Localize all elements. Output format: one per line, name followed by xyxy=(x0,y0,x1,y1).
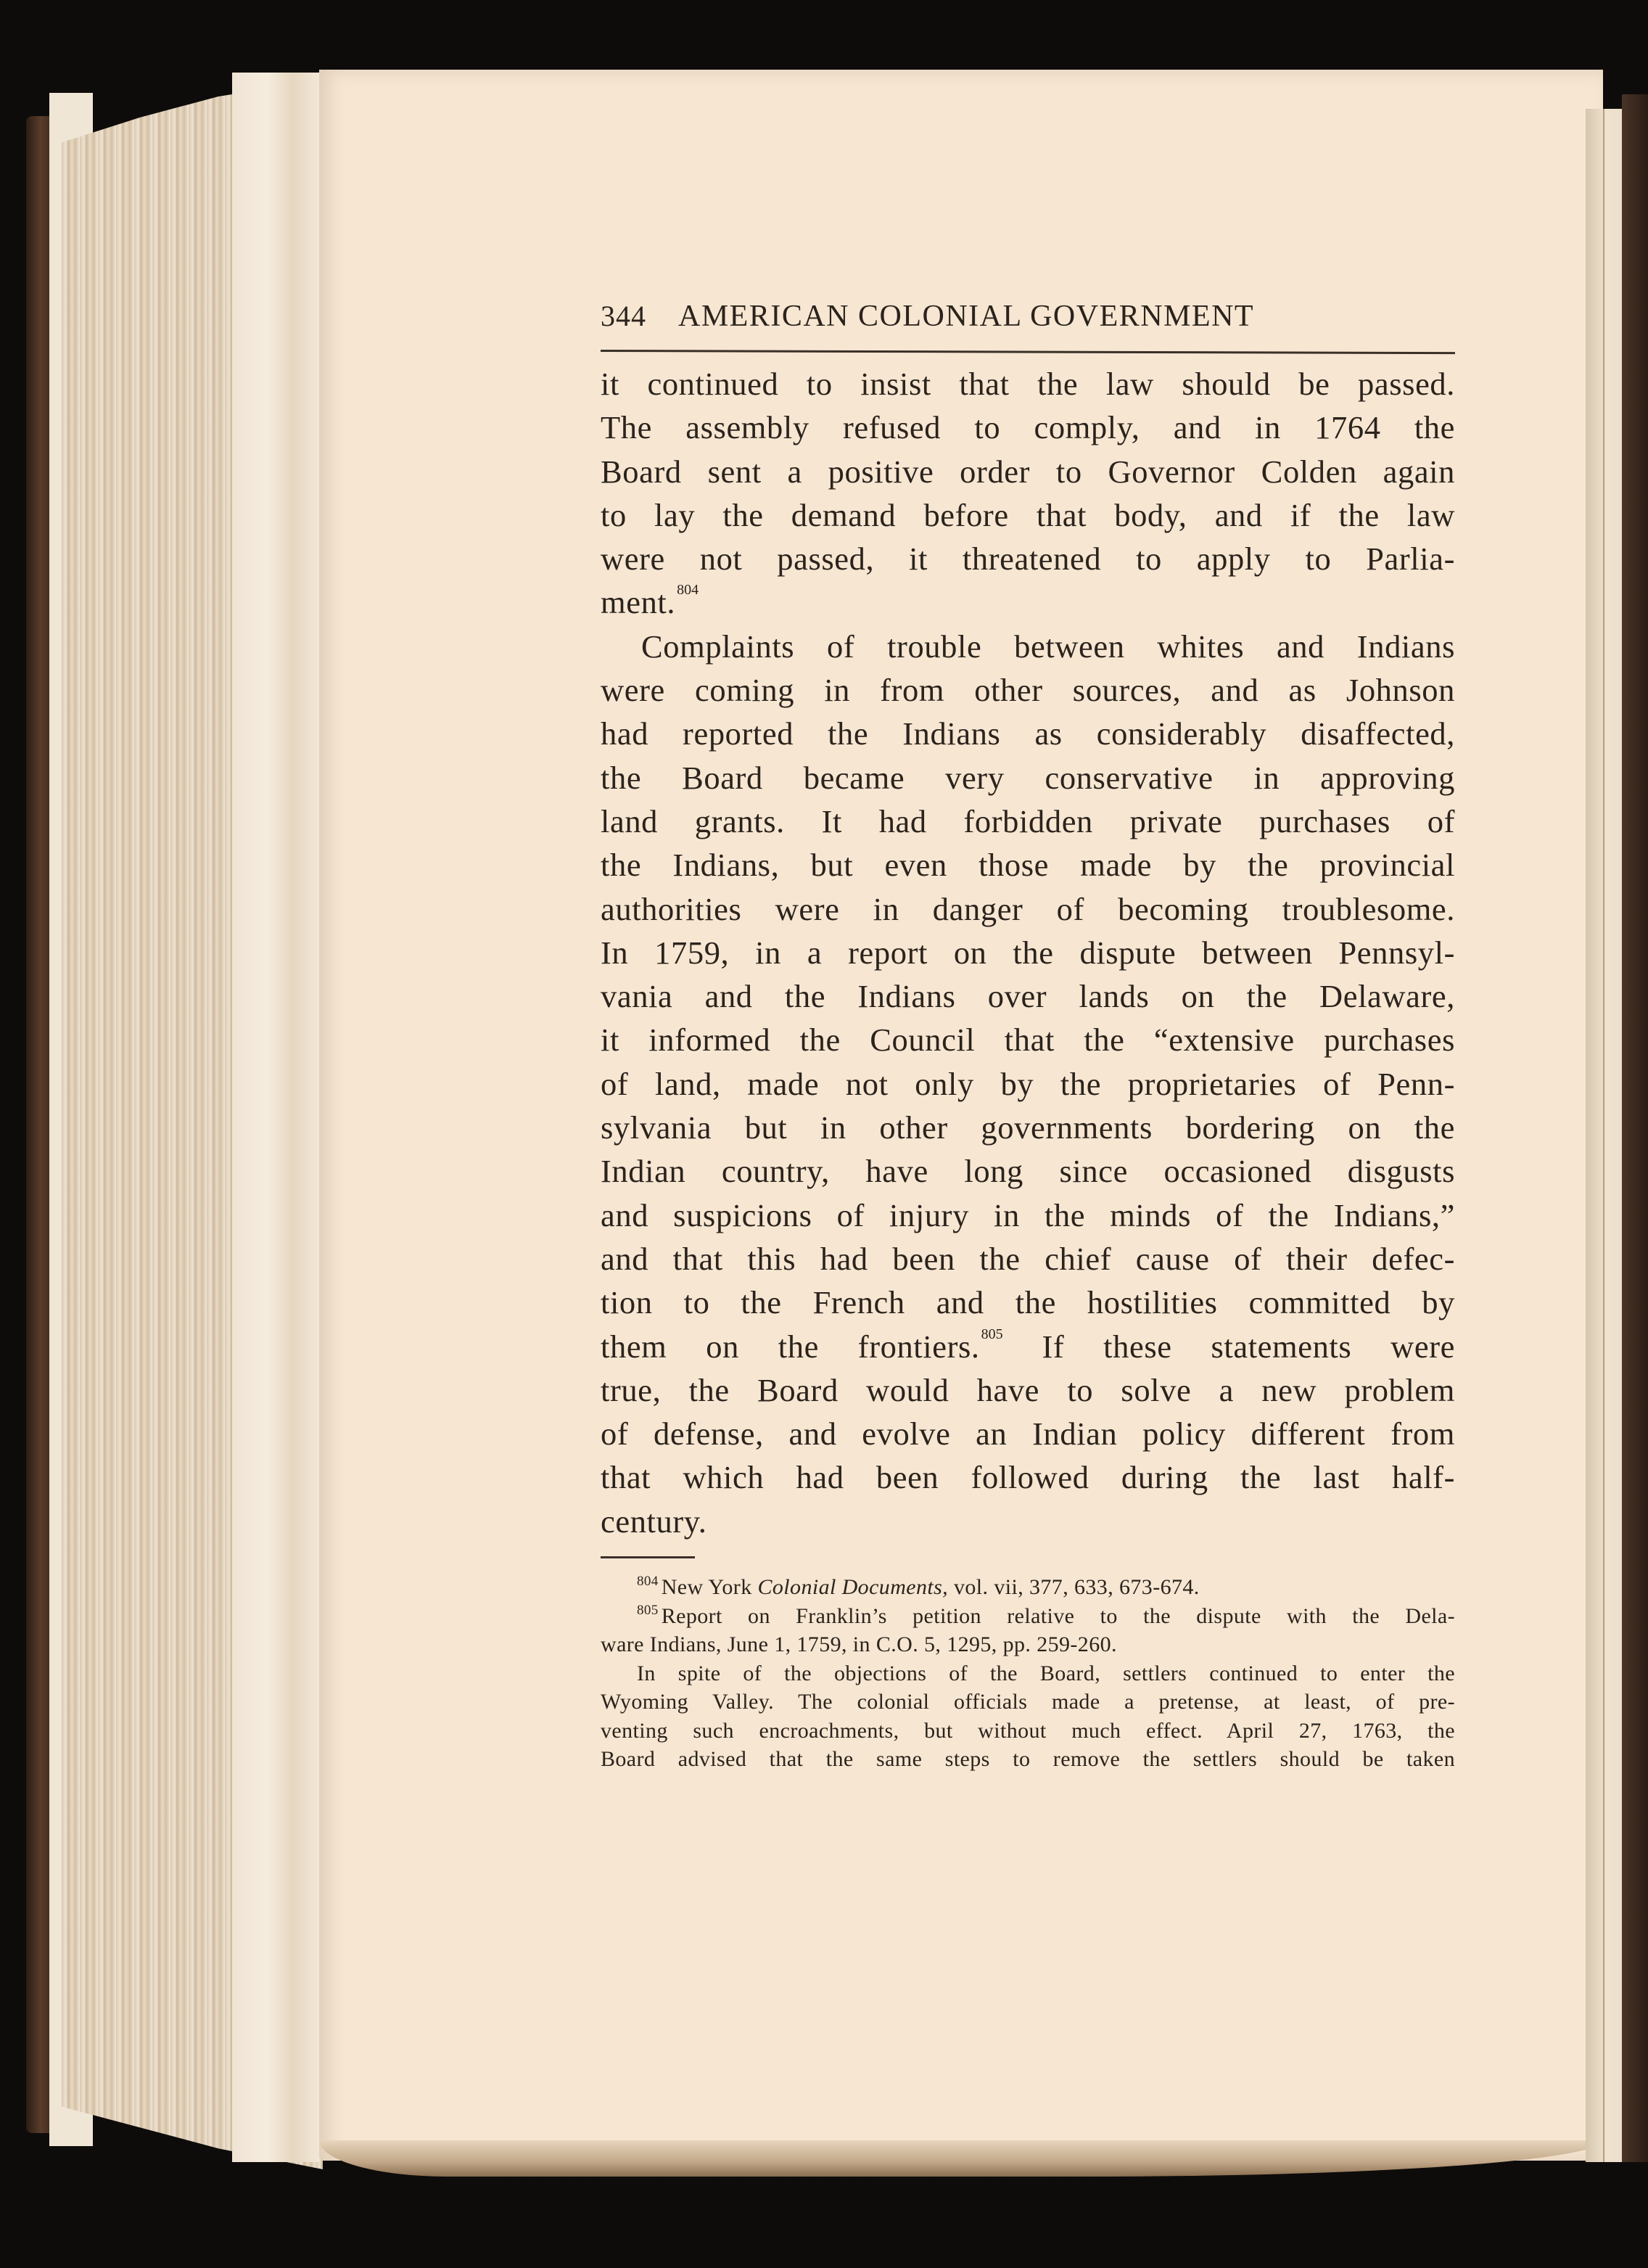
footnote-continuation: In spite of the objections of the Board,… xyxy=(601,1659,1455,1688)
text-line: sylvania but in other governments border… xyxy=(601,1106,1455,1149)
text-line-content: them on the frontiers. xyxy=(601,1328,980,1365)
text-line: In 1759, in a report on the dispute betw… xyxy=(601,931,1455,974)
paragraph-1: it continued to insist that the law shou… xyxy=(601,362,1455,625)
footnote-continuation: venting such encroachments, but without … xyxy=(601,1717,1455,1746)
footnote-italic-title: Colonial Documents, xyxy=(758,1575,949,1599)
footnotes: 804New York Colonial Documents, vol. vii… xyxy=(601,1573,1455,1774)
text-line: The assembly refused to comply, and in 1… xyxy=(601,406,1455,449)
footnote-804: 804New York Colonial Documents, vol. vii… xyxy=(601,1573,1455,1602)
footnote-continuation: Board advised that the same steps to rem… xyxy=(601,1745,1455,1774)
text-line: Indian country, have long since occasion… xyxy=(601,1149,1455,1193)
page-text-block: 344 AMERICAN COLONIAL GOVERNMENT it cont… xyxy=(601,299,1455,1774)
footnote-805-cont: ware Indians, June 1, 1759, in C.O. 5, 1… xyxy=(601,1630,1455,1659)
text-line: true, the Board would have to solve a ne… xyxy=(601,1368,1455,1412)
text-line: it continued to insist that the law shou… xyxy=(601,362,1455,406)
text-line: them on the frontiers.805 If these state… xyxy=(601,1325,1455,1368)
header-rule xyxy=(601,350,1455,354)
page-stack-front xyxy=(232,73,319,2162)
book-cover-right xyxy=(1622,94,1648,2162)
paragraph-2: Complaints of trouble between whites and… xyxy=(601,625,1455,1543)
text-line: to lay the demand before that body, and … xyxy=(601,493,1455,537)
text-line: Board sent a positive order to Governor … xyxy=(601,450,1455,493)
text-line: tion to the French and the hostilities c… xyxy=(601,1281,1455,1324)
text-line: authorities were in danger of becoming t… xyxy=(601,887,1455,931)
text-line-content: ment. xyxy=(601,584,675,620)
text-line: century. xyxy=(601,1500,1455,1543)
text-line: had reported the Indians as considerably… xyxy=(601,712,1455,755)
text-line: were coming in from other sources, and a… xyxy=(601,668,1455,712)
footnote-ref-805[interactable]: 805 xyxy=(981,1326,1003,1342)
running-head: 344 AMERICAN COLONIAL GOVERNMENT xyxy=(601,299,1455,337)
body-text: it continued to insist that the law shou… xyxy=(601,362,1455,1543)
text-line: land grants. It had forbidden private pu… xyxy=(601,800,1455,843)
text-line: vania and the Indians over lands on the … xyxy=(601,974,1455,1018)
text-line: the Indians, but even those made by the … xyxy=(601,843,1455,887)
text-line: and that this had been the chief cause o… xyxy=(601,1237,1455,1281)
text-line: of defense, and evolve an Indian policy … xyxy=(601,1412,1455,1455)
text-line: that which had been followed during the … xyxy=(601,1455,1455,1499)
footnote-continuation: Wyoming Valley. The colonial officials m… xyxy=(601,1688,1455,1717)
gutter-line xyxy=(1603,109,1604,2162)
text-line: ment.804 xyxy=(601,580,1455,624)
footnote-number: 804 xyxy=(637,1574,659,1589)
text-line-content: If these statements were xyxy=(1003,1328,1455,1365)
text-line: Complaints of trouble between whites and… xyxy=(601,625,1455,668)
footnote-text: vol. vii, 377, 633, 673-674. xyxy=(948,1575,1200,1599)
footnote-rule xyxy=(601,1556,695,1558)
footnote-text: New York xyxy=(662,1575,758,1599)
text-line: were not passed, it threatened to apply … xyxy=(601,537,1455,580)
text-line: it informed the Council that the “extens… xyxy=(601,1018,1455,1061)
footnote-text: Report on Franklin’s petition relative t… xyxy=(662,1604,1455,1628)
text-line: and suspicions of injury in the minds of… xyxy=(601,1193,1455,1237)
text-line: the Board became very conservative in ap… xyxy=(601,756,1455,800)
page-number: 344 xyxy=(601,299,646,333)
running-title: AMERICAN COLONIAL GOVERNMENT xyxy=(678,299,1254,334)
page-bottom-edge xyxy=(319,2140,1603,2177)
footnote-ref-804[interactable]: 804 xyxy=(677,582,699,598)
footnote-number: 805 xyxy=(637,1603,659,1618)
text-line: of land, made not only by the proprietar… xyxy=(601,1062,1455,1106)
footnote-805: 805Report on Franklin’s petition relativ… xyxy=(601,1602,1455,1631)
